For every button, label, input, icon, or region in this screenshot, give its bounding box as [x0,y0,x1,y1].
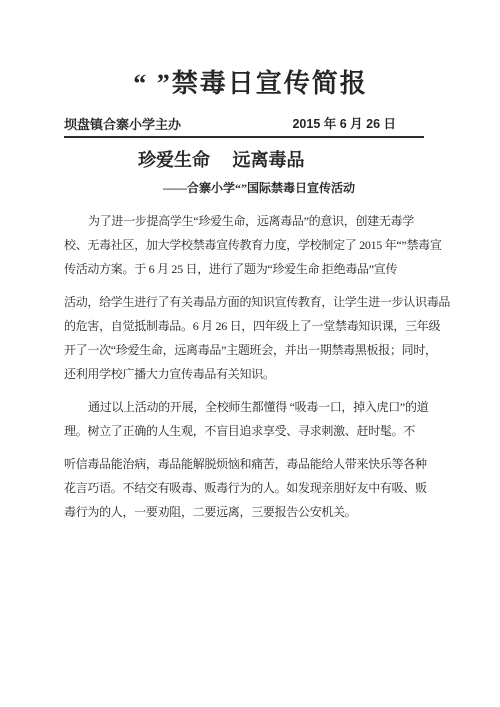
body-line: 还利用学校广播大力宣传毒品有关知识。 [64,362,437,386]
body-line: 开了一次“珍爱生命，远离毒品”主题班会，并出一期禁毒黑板报；同时， [64,338,437,362]
body-line: 毒行为的人，一要劝阻，二要远离，三要报告公安机关。 [64,500,437,524]
headline: 珍爱生命 远离毒品 [138,148,437,172]
masthead-date: 2015 年 6 月 26 日 [292,116,396,133]
body-line: 传活动方案。于 6 月 25 日，进行了题为“珍爱生命 拒绝毒品”宣传 [64,257,437,281]
body-line: 为了进一步提高学生“珍爱生命，远离毒品”的意识，创建无毒学 [64,209,437,233]
body-line: 听信毒品能治病，毒品能解脱烦恼和痛苦，毒品能给人带来快乐等各种 [64,452,437,476]
paragraph-block-4: 听信毒品能治病，毒品能解脱烦恼和痛苦，毒品能给人带来快乐等各种 花言巧语。不结交… [64,452,437,524]
body-line: 通过以上活动的开展，全校师生都懂得 “吸毒一口，掉入虎口”的道 [64,395,437,419]
bulletin-page: “ ”禁毒日宣传简报 坝盘镇合寨小学主办 2015 年 6 月 26 日 珍爱生… [0,0,500,707]
page-content: “ ”禁毒日宣传简报 坝盘镇合寨小学主办 2015 年 6 月 26 日 珍爱生… [0,0,500,524]
masthead-organizer: 坝盘镇合寨小学主办 [64,116,181,133]
body-text: 为了进一步提高学生“珍爱生命，远离毒品”的意识，创建无毒学 校、无毒社区，加大学… [64,209,437,524]
body-line: 的危害，自觉抵制毒品。6 月 26 日，四年级上了一堂禁毒知识课，三年级 [64,314,437,338]
document-title: “ ”禁毒日宣传简报 [64,0,437,102]
body-line: 校、无毒社区，加大学校禁毒宣传教育力度，学校制定了 2015 年“”禁毒宣 [64,233,437,257]
paragraph-block-2: 活动，给学生进行了有关毒品方面的知识宣传教育，让学生进一步认识毒品 的危害，自觉… [64,290,437,386]
paragraph-block-1: 为了进一步提高学生“珍爱生命，远离毒品”的意识，创建无毒学 校、无毒社区，加大学… [64,209,437,281]
masthead: 坝盘镇合寨小学主办 2015 年 6 月 26 日 [64,116,424,138]
subheadline: ——合寨小学“”国际禁毒日宣传活动 [163,180,437,196]
body-line: 活动，给学生进行了有关毒品方面的知识宣传教育，让学生进一步认识毒品 [64,290,437,314]
paragraph-block-3: 通过以上活动的开展，全校师生都懂得 “吸毒一口，掉入虎口”的道 理。树立了正确的… [64,395,437,443]
body-line: 理。树立了正确的人生观，不盲目追求享受、寻求刺激、赶时髦。不 [64,419,437,443]
body-line: 花言巧语。不结交有吸毒、贩毒行为的人。如发现亲朋好友中有吸、贩 [64,476,437,500]
